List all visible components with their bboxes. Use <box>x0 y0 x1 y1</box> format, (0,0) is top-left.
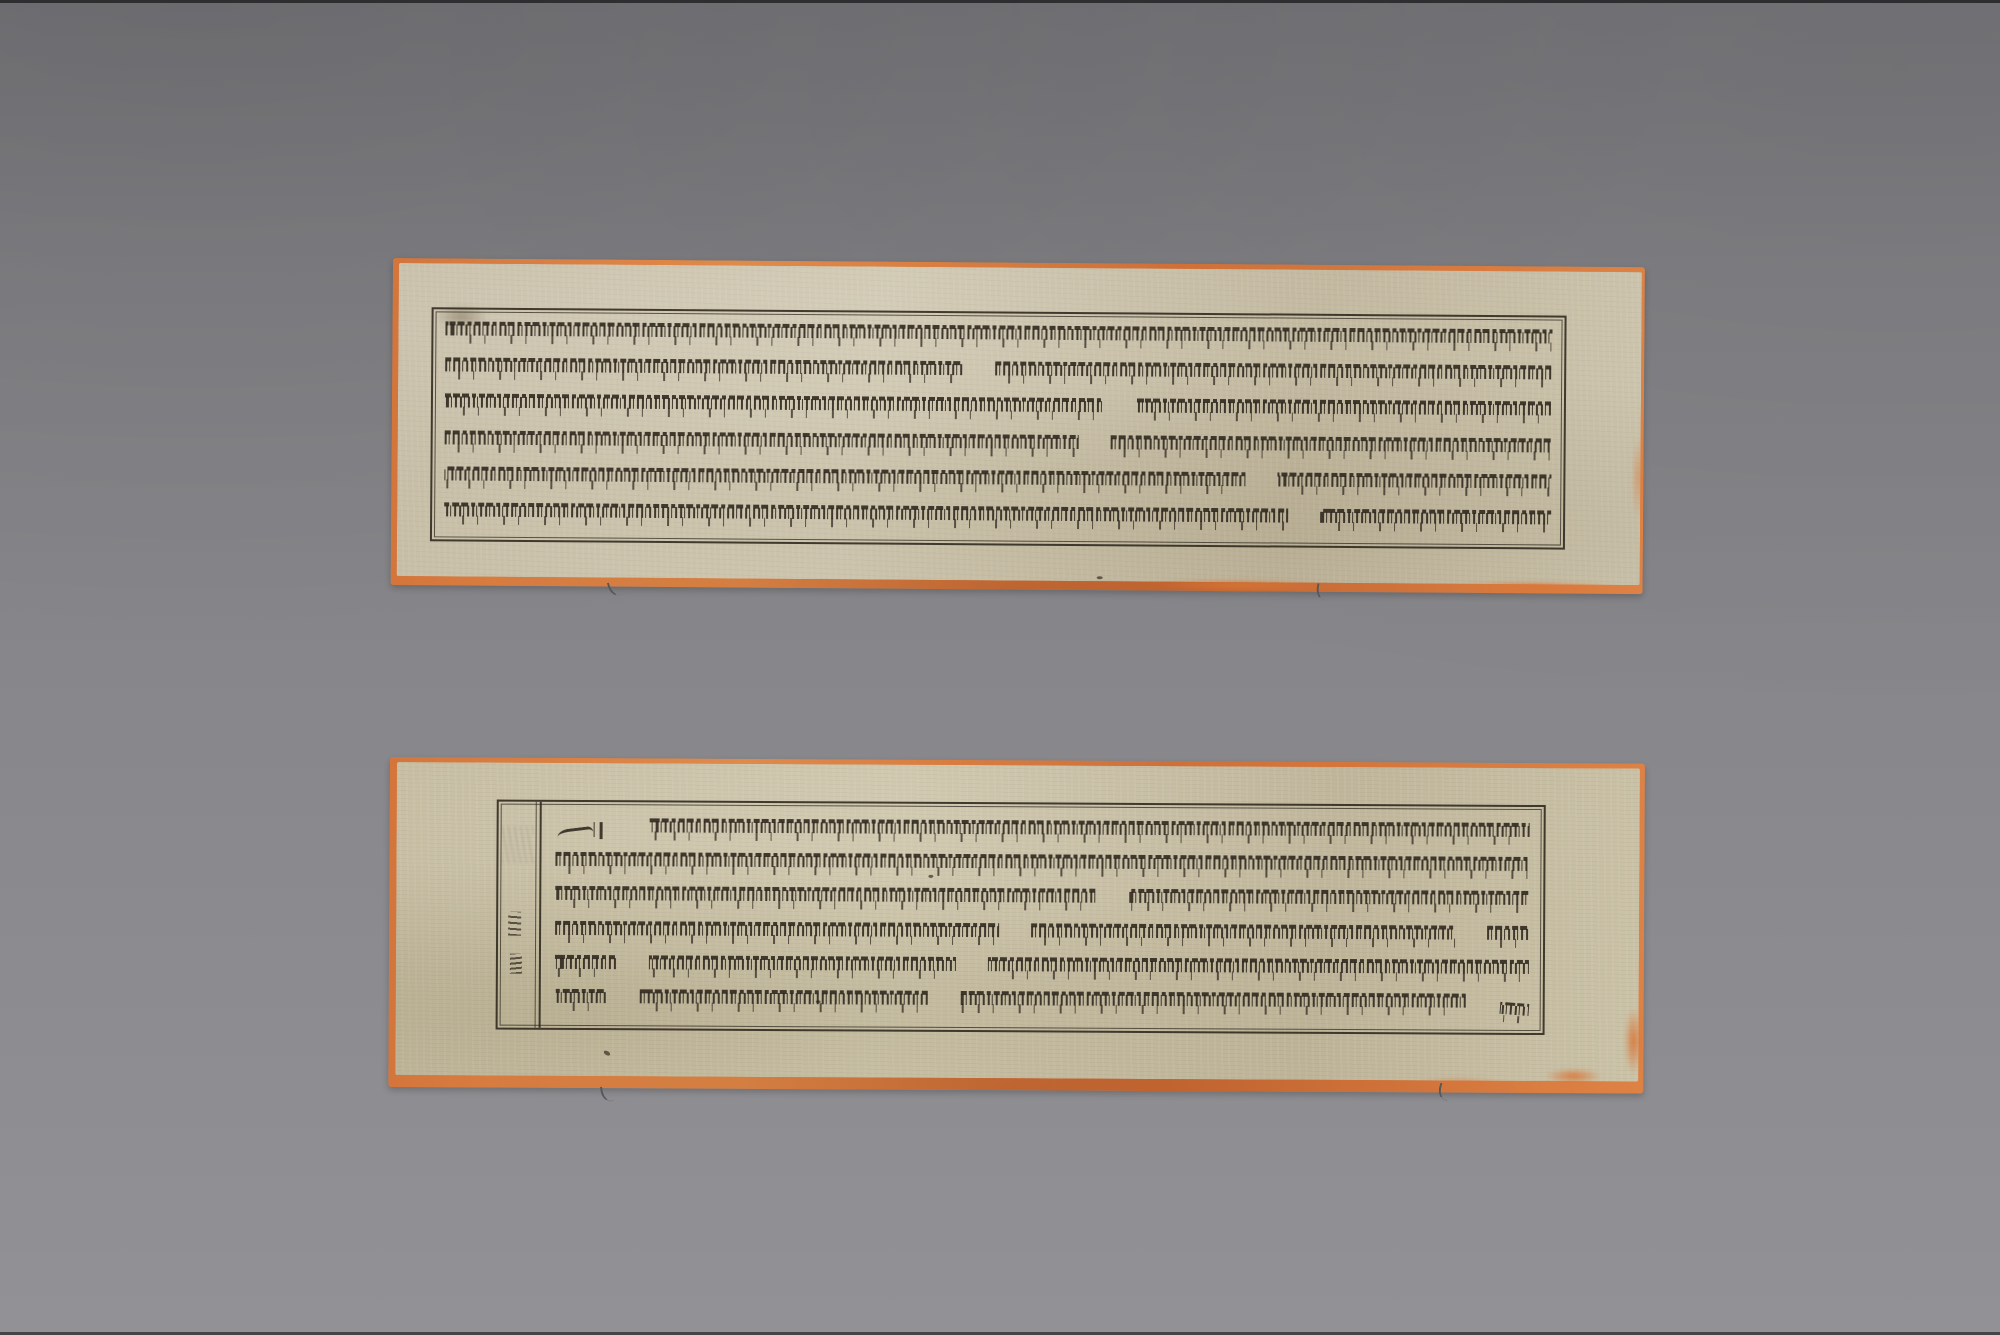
text-line: འཇོག་པ་།ཀུན་གྱི་མི་ཚེའི་ལས་སྒྲིན་པ་དེ་འཇ… <box>555 987 1529 1023</box>
yig-mgo-icon: ༄༅། <box>556 816 618 844</box>
text-line: ཀྱི་ནང་གཅིར་གཏད་པས་དེ་ཡི་རྒྱུན་ལ་འབྲས་བུ… <box>445 356 1552 395</box>
text-line: གནོད་ཀྱི་མེ་དོག་ད། །མ་ཡོངས་བཞུང་ཞབས་པ་དང… <box>445 319 1552 358</box>
paper-speck <box>1097 576 1103 579</box>
paper-fiber-thread <box>600 1085 614 1103</box>
ink-ghost-marks <box>501 826 533 864</box>
text-line: ཅུས་པའི་རེ་བ་ངན་པ་ཡོད་པས། གལ་ཏེ་དེ་ལྟར་འ… <box>445 428 1552 467</box>
text-segment: །འི་རྣམ་པ་ཐམས་ཅད་ནང་གི་ལྕ་བའི་འབྲས་བུ་ཡི… <box>648 953 956 983</box>
text-frame-bottom: ཉི་ཤུ ༄༅།།ཡི་ལྕ་བའི་དབྱིབས་དང་ཕྱོགས་ཀྱི་… <box>496 800 1546 1035</box>
text-segment: འདི་དགོས་གལ་ཆེ་བ་དང་དེ་གས་རྒྱང་ཏུ་ཡིན་བས… <box>1031 921 1454 951</box>
photograph-background: གནོད་ཀྱི་མེ་དོག་ད། །མ་ཡོངས་བཞུང་ཞབས་པ་དང… <box>0 0 2000 1335</box>
text-block-bottom: ༄༅།།ཡི་ལྕ་བའི་དབྱིབས་དང་ཕྱོགས་ཀྱི་བཟོ་འབ… <box>555 816 1530 1023</box>
text-line: སྤྱོང་ས་སྐྱག་པར་ཧེས་སུ་དབོན་བོར་ངིས་ནས་ད… <box>444 464 1551 503</box>
text-line: ཧེས་སུ་བྱ།འི་རྣམ་པ་ཐམས་ཅད་ནང་གི་ལྕ་བའི་འ… <box>555 953 1529 989</box>
paper-fiber-thread <box>1315 583 1330 601</box>
text-segment: ནས་ལས་འདི་བཞི་ན་ཕྱི་རྒྱལ་མི་རིགས་རྣབས་ཀྱ… <box>444 500 1288 534</box>
text-segment: ཧེས་སུ་བྱ <box>555 953 617 981</box>
photo-edge-top <box>0 0 2000 3</box>
text-segment: གནོད་ཀྱི་མེ་དོག་ད། །མ་ཡོངས་བཞུང་ཞབས་པ་དང… <box>445 319 1552 355</box>
text-line: ཐག་ཆོད་ཅི་པ་ཡིན་པས། བལྕ་བ་དེ་ཡིས་འདི་དཔྱ… <box>555 918 1529 954</box>
text-segment: མི་རིང་བར་གཉན་ཇོ་ལ་ཀྱི་གནད་ཆེ་ཡི་དབང་བོའ… <box>1135 397 1552 428</box>
text-line: ཅིང་གོང་གསལ་ལྟར་ངེས་པར་ན་གཞིན་རྣམས་ཀྱི་ས… <box>555 850 1529 886</box>
text-segment: །ཡི་ལྕ་བའི་དབྱིབས་དང་ཕྱོགས་ཀྱི་བཟོ་འབྱུང… <box>650 816 1530 849</box>
text-block-top: གནོད་ཀྱི་མེ་དོག་ད། །མ་ཡོངས་བཞུང་ཞབས་པ་དང… <box>444 319 1553 539</box>
manuscript-leaf-top: གནོད་ཀྱི་མེ་དོག་ད། །མ་ཡོངས་བཞུང་ཞབས་པ་དང… <box>391 258 1645 594</box>
manuscript-leaf-bottom: ཉི་ཤུ ༄༅།།ཡི་ལྕ་བའི་དབྱིབས་དང་ཕྱོགས་ཀྱི་… <box>388 757 1645 1094</box>
text-segment: ཡིན། སྤྱན་ནས་ཆ་གཞི་འབྱུང་ཟིན་པ་དང་ནི་གཞི… <box>555 884 1097 915</box>
paper-surface-top: གནོད་ཀྱི་མེ་དོག་ད། །མ་ཡོངས་བཞུང་ཞབས་པ་དང… <box>397 263 1642 585</box>
text-segment: །ཆོས་ཀྱི་བསྟན་དགྲ་རྣམས་ལས་རྒྱལ་བ་སུ་ཡིས་… <box>960 989 1468 1020</box>
text-segment: །ཁྲུ། པང་མཚན་གསལ་ལུང་སྐྱབས་དུས་ཀྱི་ག་ཞིས… <box>996 360 1553 392</box>
text-line: ནས་ལས་འདི་བཞི་ན་ཕྱི་རྒྱལ་མི་རིགས་རྣབས་ཀྱ… <box>444 500 1551 539</box>
text-segment: ཅུས་པའི་རེ་བ་ངན་པ་ཡོད་པས། གལ་ཏེ་དེ་ལྟར་འ… <box>445 428 1079 461</box>
text-segment: མི་རྣམས་ཀྱིས་མོ་རོར་ཡིད་ཆེས་དོར་ཆགས་ངོར <box>1277 470 1551 500</box>
text-segment: ཕྱུག <box>1499 1000 1530 1024</box>
text-frame-top: གནོད་ཀྱི་མེ་དོག་ད། །མ་ཡོངས་བཞུང་ཞབས་པ་དང… <box>430 307 1567 549</box>
text-segment: ཀྱིས་ད་ལྟ་ཉང་ཚོས་བཞིན་པས་བོད་ཀྱི་ཞིང་དུ་… <box>445 392 1104 425</box>
text-line: ༄༅།།ཡི་ལྕ་བའི་དབྱིབས་དང་ཕྱོགས་ཀྱི་བཟོ་འབ… <box>556 816 1530 852</box>
folio-number-vertical: ཉི་ཤུ <box>507 910 525 988</box>
text-segment: །ཨོ་ཧེང་དུས་པང་དར་ནའི་རྣབས་ཀོ <box>1320 507 1551 537</box>
folio-margin-cell: ཉི་ཤུ <box>498 802 542 1028</box>
text-segment: སྤྱོང་ས་སྐྱག་པར་ཧེས་སུ་དབོན་བོར་ངིས་ནས་ད… <box>444 464 1245 498</box>
text-segment: ཐག་ཆོད་ཅི་པ་ཡིན་པས། བལྕ་བ་དེ་ཡིས་འདི་དཔྱ… <box>555 918 1000 948</box>
text-segment: །།ཆུས། །བ་ཅིག་གི་བྱ་ཕྱུག་རྣམས་ཀྱི་ཏོ་ན་ད… <box>1111 433 1552 464</box>
text-segment: ཀྱི་ནང་གཅིར་གཏད་པས་དེ་ཡི་རྒྱུན་ལ་འབྲས་བུ… <box>445 356 964 388</box>
text-segment: ཆོས་དང་ཕུལ་ཁབ་ཀྱི་བུས་ལས་སྐོར་པོ་མོ་གང་ག… <box>1129 887 1529 917</box>
text-line: ཡིན། སྤྱན་ནས་ཆ་གཞི་འབྱུང་ཟིན་པ་དང་ནི་གཞི… <box>555 884 1529 920</box>
text-segment: དོན་དུ <box>1487 923 1529 951</box>
paper-speck <box>603 1050 611 1057</box>
paper-fiber-thread <box>1436 1083 1452 1102</box>
paper-surface-bottom: ཉི་ཤུ ༄༅།།ཡི་ལྕ་བའི་དབྱིབས་དང་ཕྱོགས་ཀྱི་… <box>395 762 1640 1082</box>
text-segment: །ཀུན་གྱི་མི་ཚེའི་ལས་སྒྲིན་པ་དེ་འཇོག་པའི། <box>637 987 927 1017</box>
text-segment: ཅིང་གོང་གསལ་ལྟར་ངེས་པར་ན་གཞིན་རྣམས་ཀྱི་ས… <box>555 850 1529 883</box>
text-line: ཀྱིས་ད་ལྟ་ཉང་ཚོས་བཞིན་པས་བོད་ཀྱི་ཞིང་དུ་… <box>445 392 1552 431</box>
text-segment: དེ་ཕྱིར་རྣམ་པར་ཕྱུལ་བས་ཡང་ད་ག་བའི་ཕྱ་བ་ད… <box>988 955 1529 986</box>
text-segment: འཇོག་པ་ <box>555 987 606 1015</box>
